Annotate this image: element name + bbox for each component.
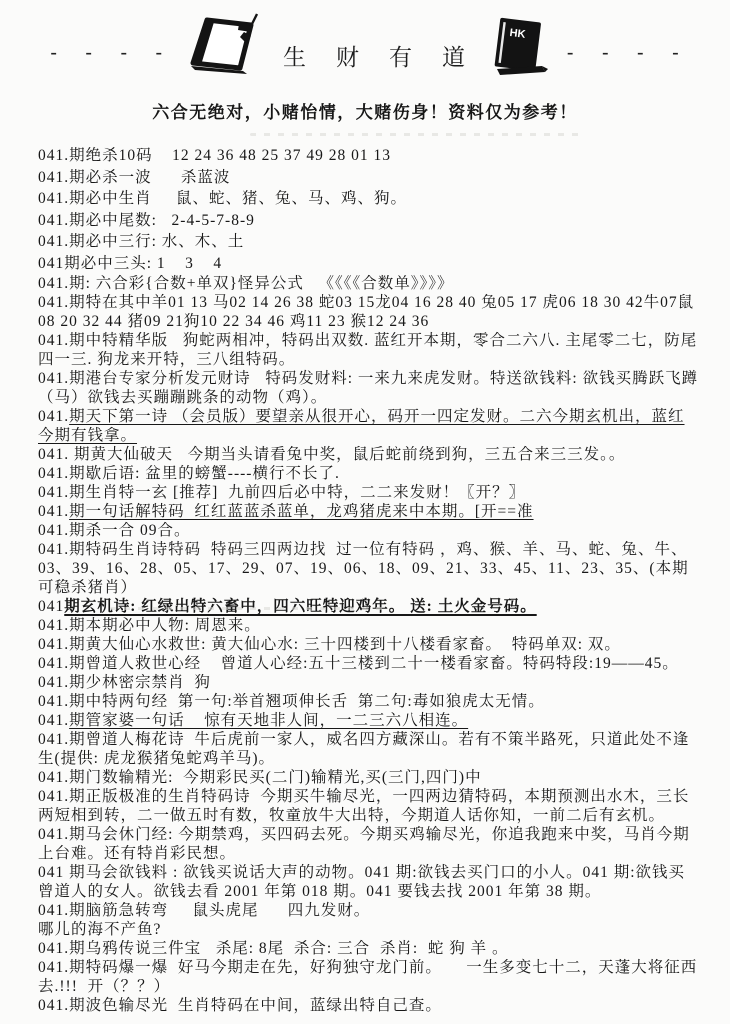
content: 041.期绝杀10码 12 24 36 48 25 37 49 28 01 13… — [38, 145, 700, 1015]
pen-icon — [238, 14, 257, 42]
content-segment: 041.期必中尾数: 2-4-5-7-8-9 — [38, 212, 255, 229]
content-line: 哪儿的海不产鱼? — [38, 920, 700, 939]
content-line: 041.期天下第一诗 （会员版）要望亲从很开心，码开一四定发财。二六今期玄机出，… — [38, 407, 700, 445]
content-segment: 041.期中特精华版 狗蛇两相冲，特码出双数. 蓝红开本期，零合二六八. 主尾零… — [38, 332, 697, 368]
content-line: 041.期乌鸦传说三件宝 杀尾: 8尾 杀合: 三合 杀肖: 蛇 狗 羊 。 — [38, 939, 700, 958]
content-line: 041期必中三头: 1 3 4 — [38, 253, 700, 275]
right-dashes: - - - - — [567, 42, 680, 64]
content-line: 041.期生肖特一玄 [推荐] 九前四后必中特，二二来发财！〖开？〗 — [38, 483, 700, 502]
content-segment: 041.期必中三行: 水、木、土 — [38, 233, 244, 250]
content-line: 041.期必中尾数: 2-4-5-7-8-9 — [38, 210, 700, 232]
content-segment: 041.期曾道人梅花诗 牛后虎前一家人，威名四方藏深山。若有不策半路死，只道此处… — [38, 731, 689, 767]
content-segment: 041.期: 六合彩{合数+单双}怪异公式 《《《《合数单》》》》 — [38, 275, 454, 292]
content-line: 041.期正版极准的生肖特码诗 今期买牛输尽光，一四两边猜特码，本期预测出水木，… — [38, 787, 700, 825]
content-line: 041.期中特精华版 狗蛇两相冲，特码出双数. 蓝红开本期，零合二六八. 主尾零… — [38, 331, 700, 369]
content-segment: 哪儿的海不产鱼? — [38, 921, 161, 938]
content-segment: 041.期本期必中人物: 周恩来。 — [38, 617, 261, 634]
hk-book-icon: HK — [487, 17, 549, 81]
content-line: 041.期特在其中羊01 13 马02 14 26 38 蛇03 15龙04 1… — [38, 293, 700, 331]
content-line: 041.期少林密宗禁肖 狗 — [38, 673, 700, 692]
content-segment: 041.期绝杀10码 12 24 36 48 25 37 49 28 01 13 — [38, 147, 391, 164]
content-segment: 期管家婆一句话 惊有天地非人间，一二三六八相连。 — [69, 712, 468, 729]
content-line: 041.期特码爆一爆 好马今期走在先，好狗独守龙门前。 一生多变七十二，天蓬大将… — [38, 958, 700, 996]
content-segment: 041.期少林密宗禁肖 狗 — [38, 674, 211, 691]
content-line: 041. 期黄大仙破天 今期当头请看兔中奖，鼠后蛇前绕到狗，三五合来三三发。。 — [38, 445, 700, 464]
content-line: 041期玄机诗: 红绿出特六畜中，四六旺特迎鸡年。 送: 土火金号码。 — [38, 597, 700, 616]
content-segment: 041.期马会休门经: 今期禁鸡，买四码去死。今期买鸡输尽光，你追我跑来中奖，马… — [38, 826, 690, 862]
scan-artifact — [250, 133, 580, 136]
content-segment: 041.期黄大仙心水救世: 黄大仙心水: 三十四楼到十八楼看家畜。 特码单双: … — [38, 636, 621, 653]
content-line: 041.期马会休门经: 今期禁鸡，买四码去死。今期买鸡输尽光，你追我跑来中奖，马… — [38, 825, 700, 863]
content-line: 041.期脑筋急转弯 鼠头虎尾 四九发财。 — [38, 901, 700, 920]
content-segment: 041.期歇后语: 盆里的螃蟹----横行不长了. — [38, 465, 340, 482]
content-segment: 041. — [38, 408, 69, 425]
content-segment: 期天下第一诗 （会员版）要望亲从很开心，码开一四定发财。二六今期玄机出，蓝红今期… — [38, 408, 685, 444]
content-segment: 期玄机诗: 红绿出特六畜中，四六旺特迎鸡年。 送: 土火金号码。 — [64, 598, 536, 615]
content-line: 041.期绝杀10码 12 24 36 48 25 37 49 28 01 13 — [38, 145, 700, 167]
content-segment: 041. — [38, 503, 69, 520]
content-segment: 041.期必中生肖 鼠、蛇、猪、兔、马、鸡、狗。 — [38, 190, 407, 207]
disclaimer-text: 六合无绝对，小赌怡情，大赌伤身！资料仅为参考！ — [0, 98, 730, 123]
content-segment: 041.期生肖特一玄 [推荐] 九前四后必中特，二二来发财！〖开？〗 — [38, 484, 525, 501]
content-segment: 041.期乌鸦传说三件宝 杀尾: 8尾 杀合: 三合 杀肖: 蛇 狗 羊 。 — [38, 940, 509, 957]
content-segment: 041.期脑筋急转弯 鼠头虎尾 四九发财。 — [38, 902, 370, 919]
content-segment: 041 期马会欲钱料 : 欲钱买说话大声的动物。041 期:欲钱去买门口的小人。… — [38, 864, 685, 900]
content-line: 041.期一句话解特码 红红蓝蓝杀蓝单，龙鸡猪虎来中本期。[开==准 — [38, 502, 700, 521]
content-segment: 期一句话解特码 红红蓝蓝杀蓝单，龙鸡猪虎来中本期。[开==准 — [69, 503, 533, 520]
content-line: 041.期特码生肖诗特码 特码三四两边找 过一位有特码 ，鸡、猴、羊、马、蛇、兔… — [38, 540, 700, 597]
content-segment: 041.期特在其中羊01 13 马02 14 26 38 蛇03 15龙04 1… — [38, 294, 694, 330]
content-line: 041.期港台专家分析发元财诗 特码发财料: 一来九来虎发财。特送欲钱料: 欲钱… — [38, 369, 700, 407]
content-segment: 041.期特码爆一爆 好马今期走在先，好狗独守龙门前。 一生多变七十二，天蓬大将… — [38, 959, 697, 995]
content-segment: 041. — [38, 712, 69, 729]
content-line: 041.期曾道人救世心经 曾道人心经:五十三楼到二十一楼看家畜。特码特段:19—… — [38, 654, 700, 673]
content-line: 041.期黄大仙心水救世: 黄大仙心水: 三十四楼到十八楼看家畜。 特码单双: … — [38, 635, 700, 654]
content-segment: 041.期必杀一波 杀蓝波 — [38, 169, 230, 186]
content-line: 041.期本期必中人物: 周恩来。 — [38, 616, 700, 635]
content-line: 041 期马会欲钱料 : 欲钱买说话大声的动物。041 期:欲钱去买门口的小人。… — [38, 863, 700, 901]
content-line: 041.期波色输尽光 生肖特码在中间，蓝绿出特自己查。 — [38, 996, 700, 1015]
content-line: 041.期中特两句经 第一句:举首翘项伸长舌 第二句:毒如狼虎太无情。 — [38, 692, 700, 711]
content-segment: 041.期门数输精光: 今期彩民买(二门)输精光,买(三门,四门)中 — [38, 769, 482, 786]
clipboard-pen-icon — [181, 12, 265, 86]
content-segment: 041.期杀一合 09合。 — [38, 522, 191, 539]
content-segment: 041 — [38, 598, 64, 615]
content-line: 041.期必杀一波 杀蓝波 — [38, 167, 700, 189]
content-line: 041.期: 六合彩{合数+单双}怪异公式 《《《《合数单》》》》 — [38, 274, 700, 293]
content-segment: 041. 期黄大仙破天 今期当头请看兔中奖，鼠后蛇前绕到狗，三五合来三三发。。 — [38, 446, 625, 463]
content-segment: 041.期港台专家分析发元财诗 特码发财料: 一来九来虎发财。特送欲钱料: 欲钱… — [38, 370, 698, 406]
content-segment: 041.期曾道人救世心经 曾道人心经:五十三楼到二十一楼看家畜。特码特段:19—… — [38, 655, 679, 672]
book-label: HK — [509, 27, 526, 41]
content-line: 041.期杀一合 09合。 — [38, 521, 700, 540]
content-segment: 041.期波色输尽光 生肖特码在中间，蓝绿出特自己查。 — [38, 997, 442, 1014]
content-line: 041.期必中生肖 鼠、蛇、猪、兔、马、鸡、狗。 — [38, 188, 700, 210]
content-line: 041.期管家婆一句话 惊有天地非人间，一二三六八相连。 — [38, 711, 700, 730]
content-segment: 041.期特码生肖诗特码 特码三四两边找 过一位有特码 ，鸡、猴、羊、马、蛇、兔… — [38, 541, 689, 596]
content-line: 041.期门数输精光: 今期彩民买(二门)输精光,买(三门,四门)中 — [38, 768, 700, 787]
left-dashes: - - - - — [50, 42, 163, 64]
content-line: 041.期必中三行: 水、木、土 — [38, 231, 700, 253]
content-line: 041.期歇后语: 盆里的螃蟹----横行不长了. — [38, 464, 700, 483]
lottery-tip-sheet: - - - - 生财有道 — [0, 0, 730, 1024]
header: - - - - 生财有道 — [0, 0, 730, 86]
content-segment: 041期必中三头: 1 3 4 — [38, 255, 222, 272]
content-segment: 041.期中特两句经 第一句:举首翘项伸长舌 第二句:毒如狼虎太无情。 — [38, 693, 545, 710]
content-line: 041.期曾道人梅花诗 牛后虎前一家人，威名四方藏深山。若有不策半路死，只道此处… — [38, 730, 700, 768]
page-title: 生财有道 — [283, 39, 495, 72]
content-segment: 041.期正版极准的生肖特码诗 今期买牛输尽光，一四两边猜特码，本期预测出水木，… — [38, 788, 689, 824]
